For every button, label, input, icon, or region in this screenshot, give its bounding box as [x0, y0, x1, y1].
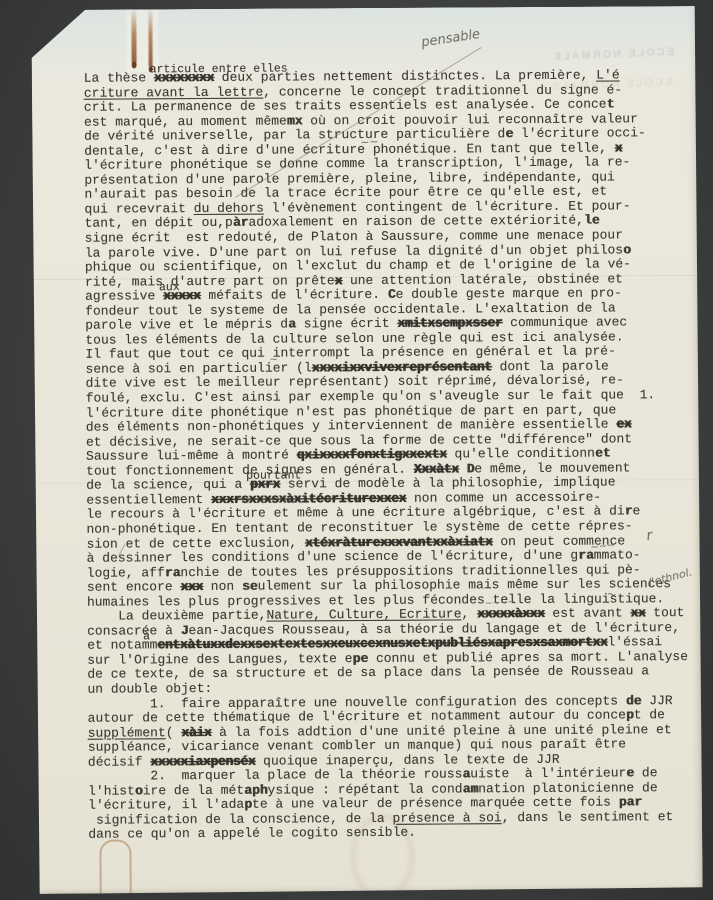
- underlined-text: présence à soi: [392, 810, 501, 826]
- document-page: ECOLE NORMALE ECOLE NORMALE La thèse xxx…: [31, 6, 702, 894]
- text-segment: am: [463, 781, 479, 796]
- text-segment: qui recevrait: [84, 201, 193, 217]
- handwritten-note: ~~~~: [485, 598, 516, 610]
- typescript-text: La thèse xxxxxxxx deux parties nettement…: [84, 68, 689, 843]
- desk-background: ECOLE NORMALE ECOLE NORMALE La thèse xxx…: [0, 0, 713, 900]
- text-segment: nation platonicienne de: [478, 780, 658, 796]
- text-segment: JJR: [641, 693, 672, 708]
- text-segment: agressive: [85, 288, 163, 303]
- text-segment: àr: [233, 215, 249, 230]
- text-segment: sent encore: [87, 579, 181, 595]
- struck-out-text: xàix: [181, 725, 211, 740]
- rust-dot: [132, 61, 137, 68]
- text-segment: signe écrit: [296, 316, 398, 332]
- text-segment: mx: [287, 113, 303, 128]
- text-segment: l'écriture occi-: [513, 125, 646, 141]
- text-segment: de la science, qui a: [86, 477, 250, 493]
- text-segment: C: [388, 287, 396, 302]
- text-segment: o: [135, 783, 143, 798]
- text-segment: uiste à l'intérieur: [470, 766, 626, 782]
- text-segment: consacrée à: [87, 623, 181, 639]
- interline-insertion: à: [143, 630, 150, 645]
- text-segment: communique avec: [502, 315, 627, 331]
- paperclip-rust-stain-right: [148, 9, 152, 67]
- text-segment: e: [505, 126, 513, 141]
- text-segment: de: [626, 693, 642, 708]
- text-segment: méfaits de l'écriture.: [201, 287, 388, 303]
- text-segment: se: [242, 579, 258, 594]
- underlined-text: L'é: [596, 67, 619, 82]
- text-segment: , dans le sentiment et: [502, 809, 674, 825]
- text-segment: pe: [352, 651, 368, 666]
- text-segment: La thèse: [84, 70, 154, 85]
- interline-insertion: aux: [159, 281, 180, 296]
- struck-out-text: xxxxxiaxpenséx: [150, 753, 255, 769]
- text-segment: ra: [165, 565, 181, 580]
- text-segment: non: [203, 579, 242, 594]
- text-segment: qu'elle conditionn: [447, 446, 595, 462]
- text-segment: un double objet:: [87, 681, 212, 697]
- text-segment: p: [626, 707, 634, 722]
- text-segment: t: [607, 97, 615, 112]
- struck-out-text: xmitxsempxsser: [397, 315, 502, 331]
- handwritten-note: ~: [269, 355, 277, 366]
- struck-out-text: qxixxxxfonxtigxxextx: [297, 447, 447, 463]
- text-line: dans ce qu'on a appelé le cogito sensibl…: [88, 824, 689, 842]
- text-segment: tout: [645, 605, 684, 620]
- text-segment: dont la parole: [492, 358, 609, 374]
- text-segment: est avant: [545, 606, 631, 622]
- paperclip-rust-stain-left: [131, 9, 136, 63]
- text-segment: e même, le mouvement: [474, 460, 630, 476]
- text-segment: l'écriture, il l'ada: [88, 797, 244, 813]
- text-segment: logie, aff: [87, 565, 165, 580]
- text-segment: e: [632, 504, 640, 519]
- rust-arch-mark: [99, 839, 131, 895]
- text-segment: aph: [244, 782, 267, 797]
- text-segment: ,: [461, 607, 477, 622]
- handwritten-note: ~~: [360, 135, 379, 149]
- text-segment: t de: [634, 707, 665, 722]
- text-segment: décisif: [88, 754, 151, 769]
- text-segment: ire de la mét: [143, 783, 245, 799]
- text-segment: dans ce qu'on a appelé le cogito sensibl…: [88, 825, 416, 842]
- text-segment: (: [166, 725, 182, 740]
- struck-out-text: xxxxixxvivexreprésentant: [312, 359, 492, 375]
- text-segment: par: [619, 795, 642, 810]
- struck-out-text: Xxxàtx: [414, 461, 459, 476]
- interline-insertion: articule entre elles: [150, 62, 288, 77]
- struck-out-text: ex: [616, 417, 631, 432]
- text-segment: p: [244, 797, 252, 812]
- interline-insertion: pourtant: [246, 469, 301, 484]
- text-segment: o: [623, 242, 631, 257]
- text-segment: r: [625, 504, 633, 519]
- text-segment: essentiellement: [86, 492, 211, 508]
- text-segment: et: [595, 446, 611, 461]
- underlined-text: supplément: [88, 725, 166, 740]
- text-segment: a: [288, 317, 296, 332]
- text-segment: l'hist: [88, 783, 135, 798]
- text-segment: La deuxième partie,: [87, 608, 267, 624]
- struck-out-text: x: [615, 140, 623, 155]
- struck-out-text: xxx: [180, 579, 203, 594]
- underlined-text: criture avant la lettre: [84, 84, 264, 100]
- text-segment: tant, en dépit ou,p: [85, 215, 233, 231]
- struck-out-text: xx: [630, 606, 645, 621]
- text-segment: l'éssai: [607, 635, 662, 650]
- text-segment: de: [634, 765, 657, 780]
- underlined-text: du dehors: [194, 201, 264, 216]
- text-segment: le: [584, 213, 600, 228]
